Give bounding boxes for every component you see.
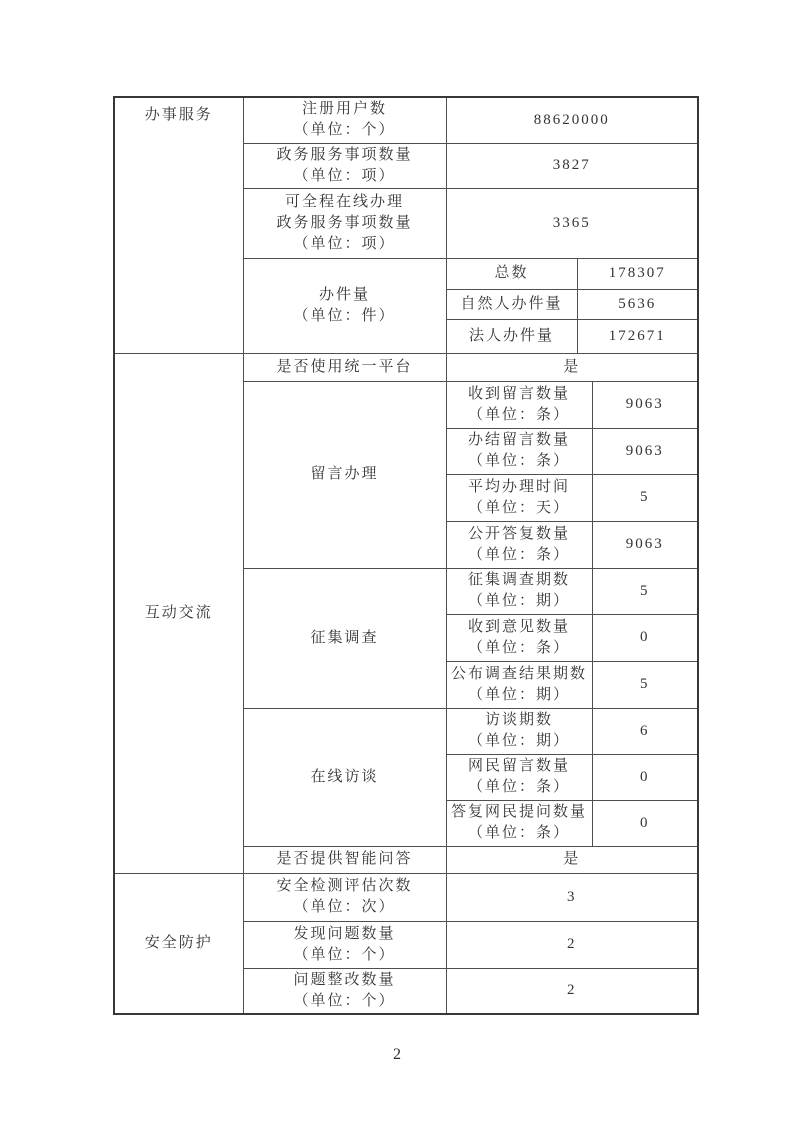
metric-value-cell: 3365 <box>446 188 698 258</box>
sub-metric-value-cell: 178307 <box>577 258 698 289</box>
sub-metric-label-cell: 收到留言数量 （单位：条） <box>446 381 592 428</box>
sub-metric-value-cell: 172671 <box>577 319 698 353</box>
sub-metric-value-cell: 9063 <box>592 428 698 474</box>
category-cell-interaction: 互动交流 <box>114 353 243 873</box>
sub-metric-label-cell: 自然人办件量 <box>446 289 577 319</box>
sub-metric-label-cell: 答复网民提问数量 （单位：条） <box>446 800 592 846</box>
report-table: 办事服务 注册用户数 （单位：个） 88620000 政务服务事项数量 （单位：… <box>113 96 699 1015</box>
sub-metric-value-cell: 0 <box>592 754 698 800</box>
metric-label-cell: 是否使用统一平台 <box>243 353 446 381</box>
sub-metric-label-cell: 征集调查期数 （单位：期） <box>446 568 592 614</box>
sub-metric-label-cell: 法人办件量 <box>446 319 577 353</box>
page-number: 2 <box>0 1046 794 1064</box>
metric-label-cell: 注册用户数 （单位：个） <box>243 97 446 143</box>
metric-label-cell: 问题整改数量 （单位：个） <box>243 968 446 1014</box>
table-row: 安全防护 安全检测评估次数 （单位：次） 3 <box>114 873 698 921</box>
sub-metric-label-cell: 平均办理时间 （单位：天） <box>446 474 592 521</box>
category-cell-service: 办事服务 <box>114 97 243 353</box>
metric-group-label-cell: 在线访谈 <box>243 708 446 846</box>
sub-metric-label-cell: 总数 <box>446 258 577 289</box>
metric-value-cell: 3827 <box>446 143 698 188</box>
document-page: 办事服务 注册用户数 （单位：个） 88620000 政务服务事项数量 （单位：… <box>0 0 794 1123</box>
sub-metric-label-cell: 网民留言数量 （单位：条） <box>446 754 592 800</box>
category-cell-security: 安全防护 <box>114 873 243 1014</box>
metric-value-cell: 2 <box>446 921 698 968</box>
metric-group-label-cell: 办件量 （单位：件） <box>243 258 446 353</box>
metric-label-cell: 安全检测评估次数 （单位：次） <box>243 873 446 921</box>
metric-group-label-cell: 征集调查 <box>243 568 446 708</box>
metric-value-cell: 88620000 <box>446 97 698 143</box>
metric-value-cell: 是 <box>446 846 698 873</box>
sub-metric-label-cell: 公布调查结果期数 （单位：期） <box>446 661 592 708</box>
sub-metric-value-cell: 9063 <box>592 381 698 428</box>
sub-metric-value-cell: 5636 <box>577 289 698 319</box>
metric-label-cell: 政务服务事项数量 （单位：项） <box>243 143 446 188</box>
sub-metric-value-cell: 6 <box>592 708 698 754</box>
sub-metric-value-cell: 9063 <box>592 521 698 568</box>
metric-label-cell: 可全程在线办理 政务服务事项数量 （单位：项） <box>243 188 446 258</box>
sub-metric-label-cell: 公开答复数量 （单位：条） <box>446 521 592 568</box>
metric-group-label-cell: 留言办理 <box>243 381 446 568</box>
table-row: 互动交流 是否使用统一平台 是 <box>114 353 698 381</box>
sub-metric-value-cell: 5 <box>592 568 698 614</box>
sub-metric-label-cell: 收到意见数量 （单位：条） <box>446 614 592 661</box>
sub-metric-value-cell: 5 <box>592 474 698 521</box>
metric-value-cell: 3 <box>446 873 698 921</box>
sub-metric-value-cell: 0 <box>592 800 698 846</box>
sub-metric-label-cell: 办结留言数量 （单位：条） <box>446 428 592 474</box>
metric-value-cell: 是 <box>446 353 698 381</box>
metric-label-cell: 发现问题数量 （单位：个） <box>243 921 446 968</box>
metric-value-cell: 2 <box>446 968 698 1014</box>
metric-label-cell: 是否提供智能问答 <box>243 846 446 873</box>
table-row: 办事服务 注册用户数 （单位：个） 88620000 <box>114 97 698 143</box>
sub-metric-value-cell: 0 <box>592 614 698 661</box>
sub-metric-value-cell: 5 <box>592 661 698 708</box>
sub-metric-label-cell: 访谈期数 （单位：期） <box>446 708 592 754</box>
